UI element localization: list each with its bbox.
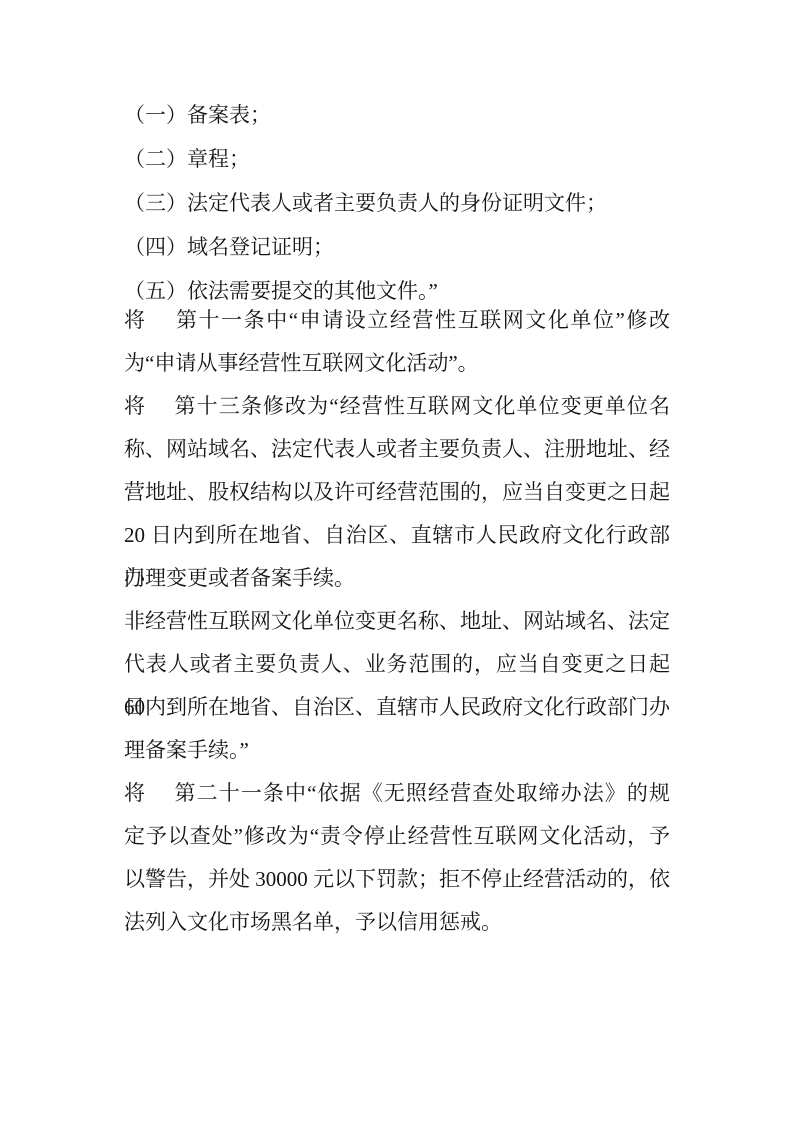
text-line: 代表人或者主要负责人、业务范围的，应当自变更之日起 60: [124, 643, 670, 686]
numbered-list: （一）备案表； （二）章程； （三）法定代表人或者主要负责人的身份证明文件； （…: [124, 93, 670, 313]
paragraph-noncommercial-units: 非经营性互联网文化单位变更名称、地址、网站域名、法定 代表人或者主要负责人、业务…: [124, 600, 670, 772]
paragraph-amend-article-21: 将 第二十一条中“依据《无照经营查处取缔办法》的规 定予以查处”修改为“责令停止…: [124, 772, 670, 944]
text-line: 将 第二十一条中“依据《无照经营查处取缔办法》的规: [124, 772, 670, 815]
text-line: 将 第十三条修改为“经营性互联网文化单位变更单位名: [124, 385, 670, 428]
list-item-4: （四）域名登记证明；: [124, 225, 670, 269]
text-line: 20 日内到所在地省、自治区、直辖市人民政府文化行政部门: [124, 514, 670, 557]
list-item-1: （一）备案表；: [124, 93, 670, 137]
text-line: 非经营性互联网文化单位变更名称、地址、网站域名、法定: [124, 600, 670, 643]
document-content: （一）备案表； （二）章程； （三）法定代表人或者主要负责人的身份证明文件； （…: [124, 93, 670, 944]
text-line: 称、网站域名、法定代表人或者主要负责人、注册地址、经: [124, 428, 670, 471]
paragraph-amend-article-11: 将 第十一条中“申请设立经营性互联网文化单位”修改 为“申请从事经营性互联网文化…: [124, 299, 670, 385]
text-line: 为“申请从事经营性互联网文化活动”。: [124, 342, 670, 385]
text-line: 定予以查处”修改为“责令停止经营性互联网文化活动，予: [124, 815, 670, 858]
paragraph-amend-article-13: 将 第十三条修改为“经营性互联网文化单位变更单位名 称、网站域名、法定代表人或者…: [124, 385, 670, 600]
text-line: 办理变更或者备案手续。: [124, 557, 670, 600]
text-line: 以警告，并处 30000 元以下罚款；拒不停止经营活动的，依: [124, 858, 670, 901]
text-line: 营地址、股权结构以及许可经营范围的，应当自变更之日起: [124, 471, 670, 514]
document-page: （一）备案表； （二）章程； （三）法定代表人或者主要负责人的身份证明文件； （…: [0, 0, 793, 1122]
text-line: 将 第十一条中“申请设立经营性互联网文化单位”修改: [124, 299, 670, 342]
text-line: 日内到所在地省、自治区、直辖市人民政府文化行政部门办: [124, 686, 670, 729]
text-line: 法列入文化市场黑名单，予以信用惩戒。: [124, 901, 670, 944]
list-item-3: （三）法定代表人或者主要负责人的身份证明文件；: [124, 181, 670, 225]
list-item-2: （二）章程；: [124, 137, 670, 181]
text-line: 理备案手续。”: [124, 729, 670, 772]
document-paragraphs: 将 第十一条中“申请设立经营性互联网文化单位”修改 为“申请从事经营性互联网文化…: [124, 299, 670, 944]
